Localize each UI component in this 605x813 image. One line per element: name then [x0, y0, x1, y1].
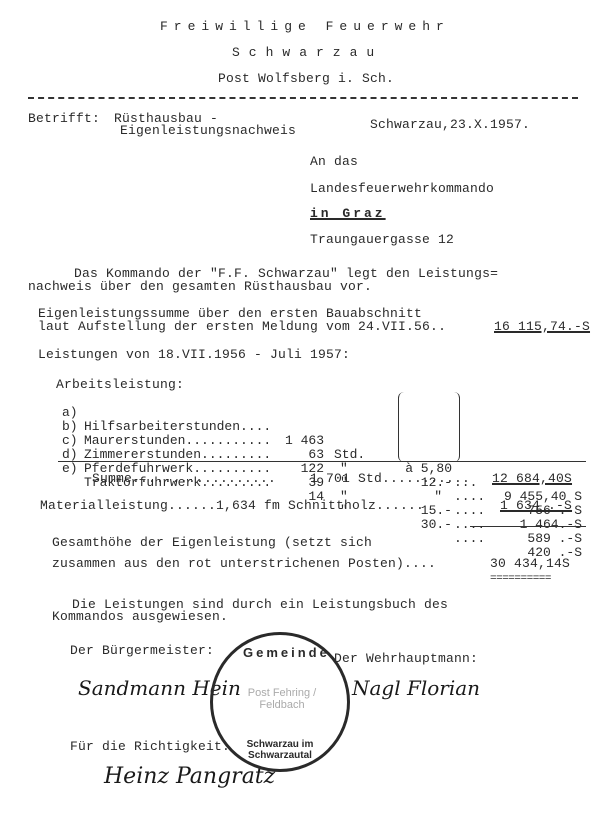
table-underline: [58, 461, 586, 462]
total-line-1: Gesamthöhe der Eigenleistung (setzt sich: [52, 536, 372, 550]
municipal-stamp: Gemeinde Post Fehring / Feldbach Schwarz…: [210, 632, 350, 772]
table-row: e) Traktorfuhrwerk......... 14 " 30.- ..…: [62, 448, 93, 462]
row-rate: 30.-: [402, 518, 452, 532]
row-hours: 63: [280, 448, 324, 462]
table-row: c) Zimmererstunden......... 122 " " ....…: [62, 420, 93, 434]
total-line-2: zusammen aus den rot unterstrichenen Pos…: [52, 557, 436, 571]
material-amount: 1 634 .-S: [500, 499, 572, 513]
recipient-line-3: in Graz: [310, 207, 386, 221]
first-stage-amount: 16 115,74.-S: [494, 320, 590, 334]
recipient-line-4: Traungauergasse 12: [310, 233, 454, 247]
period-heading: Leistungen von 18.VII.1956 - Juli 1957:: [38, 348, 350, 362]
verified-signature: Heinz Pangratz: [104, 764, 275, 789]
row-letter: e): [62, 462, 78, 476]
row-label: Hilfsarbeiterstunden....: [84, 420, 271, 434]
stamp-bottom-text: Schwarzau im Schwarzautal: [215, 739, 345, 761]
table-row: a) Hilfsarbeiterstunden.... 1 463 Std. à…: [62, 392, 93, 406]
row-dots: ....: [454, 504, 485, 518]
row-unit: Std.: [334, 448, 365, 462]
row-hours: 1 463: [280, 434, 324, 448]
subject-line-2: Eigenleistungsnachweis: [120, 124, 296, 138]
stamp-middle-text: Post Fehring / Feldbach: [227, 687, 337, 711]
row-dots: ....: [454, 532, 485, 546]
material-rule: [470, 526, 586, 527]
verified-label: Für die Richtigkeit:: [70, 740, 230, 754]
recipient-line-2: Landesfeuerwehrkommando: [310, 182, 494, 196]
row-dots: ....: [454, 518, 485, 532]
recipient-line-1: An das: [310, 155, 358, 169]
sum-amount: 12 684,40S: [492, 472, 572, 486]
subject-label: Betrifft:: [28, 112, 100, 126]
row-dots: ....: [454, 490, 485, 504]
work-heading: Arbeitsleistung:: [56, 378, 184, 392]
material-text: Materialleistung......1,634 fm Schnittho…: [40, 499, 424, 513]
first-stage-line-2: laut Aufstellung der ersten Meldung vom …: [38, 320, 446, 334]
stamp-top-text: Gemeinde: [243, 645, 330, 660]
letterhead-organization: Freiwillige Feuerwehr: [160, 20, 450, 34]
row-amount: 1 464.-S: [482, 518, 582, 532]
row-label: Maurerstunden...........: [84, 434, 271, 448]
mayor-label: Der Bürgermeister:: [70, 644, 214, 658]
letterhead-post: Post Wolfsberg i. Sch.: [218, 72, 394, 86]
row-label: Zimmererstunden.........: [84, 448, 271, 462]
letterhead-town: Schwarzau: [232, 46, 383, 60]
chief-label: Der Wehrhauptmann:: [334, 652, 478, 666]
header-divider: [28, 97, 578, 99]
total-amount: 30 434,14S: [490, 557, 570, 571]
place-date: Schwarzau,23.X.1957.: [370, 118, 530, 132]
work-table: a) Hilfsarbeiterstunden.... 1 463 Std. à…: [62, 392, 93, 462]
table-row: b) Maurerstunden........... 63 " 12.- ..…: [62, 406, 93, 420]
chief-signature: Nagl Florian: [352, 676, 480, 700]
row-amount: 589 .-S: [482, 532, 582, 546]
table-row: d) Pferdefuhrwerk.......... 39 " 15.- ..…: [62, 434, 93, 448]
closing-line-2: Kommandos ausgewiesen.: [52, 610, 228, 624]
total-double-rule: ==========: [490, 572, 551, 586]
rate-bracket: [398, 392, 460, 462]
intro-line-2: nachweis über den gesamten Rüsthausbau v…: [28, 280, 372, 294]
sum-hours: 1 701 Std...........: [310, 472, 470, 486]
sum-label: Summe..................: [92, 472, 276, 486]
